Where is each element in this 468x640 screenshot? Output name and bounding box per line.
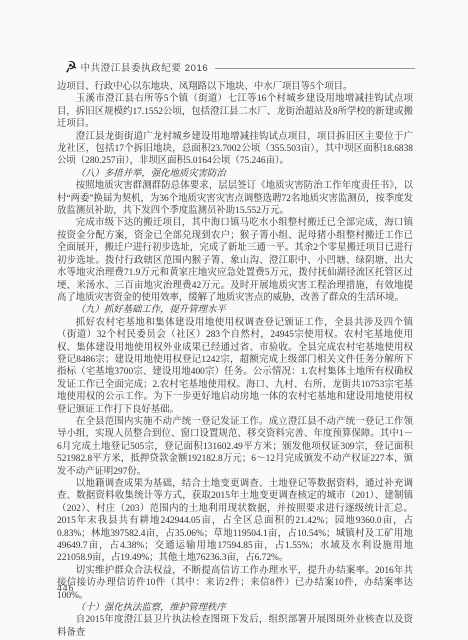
paragraph: 在全县范围内实施不动产统一登记发证工作。成立澄江县不动产统一登记工作领导小组，实… [57,416,413,478]
paragraph: 抓好农村宅基地和集体建设用地使用权调查登记颁证工作，全县共涉及四个镇（街道）32… [57,317,413,416]
header-divider [215,68,415,69]
document-body: 边项目、行政中心以东地块、凤翔路以下地块、中水厂项目等5个项目。玉溪市澄江县右所… [57,81,413,639]
paragraph: 澄江县龙街街道广龙村城乡建设用地增减挂钩试点项目，项目拆旧区主要位于广龙社区，包… [57,131,413,168]
header-title: 中共澄江县委执政纪要 2016 [80,60,208,74]
section-heading: （八）多措并举，强化地质灾害防治 [57,168,413,180]
party-emblem-icon: ☭ [63,58,79,75]
page-header: ☭ 中共澄江县委执政纪要 2016 [64,59,415,75]
section-heading: （十）强化执法监察，维护管理秩序 [57,602,413,614]
page-number: 446 [57,584,74,594]
paragraph: 自2015年度澄江县卫片执法检查图斑下发后，组织部署开展图斑外业核查以及资料备查 [57,614,413,639]
paragraph: 以地籍调查成果为基础，结合土地变更调查、土地登记等数据资料，通过补充调查、数据资… [57,478,413,565]
document-page: ☭ 中共澄江县委执政纪要 2016 边项目、行政中心以东地块、凤翔路以下地块、中… [0,0,468,640]
paragraph: 切实维护群众合法权益，不断提高信访工作办理水平，提升办结案率。2016年共接信接… [57,565,413,602]
paragraph: 玉溪市澄江县右所等5个镇（街道）七江等16个村城乡建设用地增减挂钩试点项目，拆旧… [57,93,413,130]
paragraph: 按照地质灾害群测群防总体要求，层层签订《地质灾害防治工作年度责任书》，以村“两委… [57,180,413,217]
paragraph: 完成市级下达的搬迁项目，其中海口镇马吃水小组整村搬迁已全部完成，海口镇按资金分配… [57,217,413,304]
paragraph: 边项目、行政中心以东地块、凤翔路以下地块、中水厂项目等5个项目。 [57,81,413,93]
section-heading: （九）抓好基础工作，提升管理水平 [57,304,413,316]
